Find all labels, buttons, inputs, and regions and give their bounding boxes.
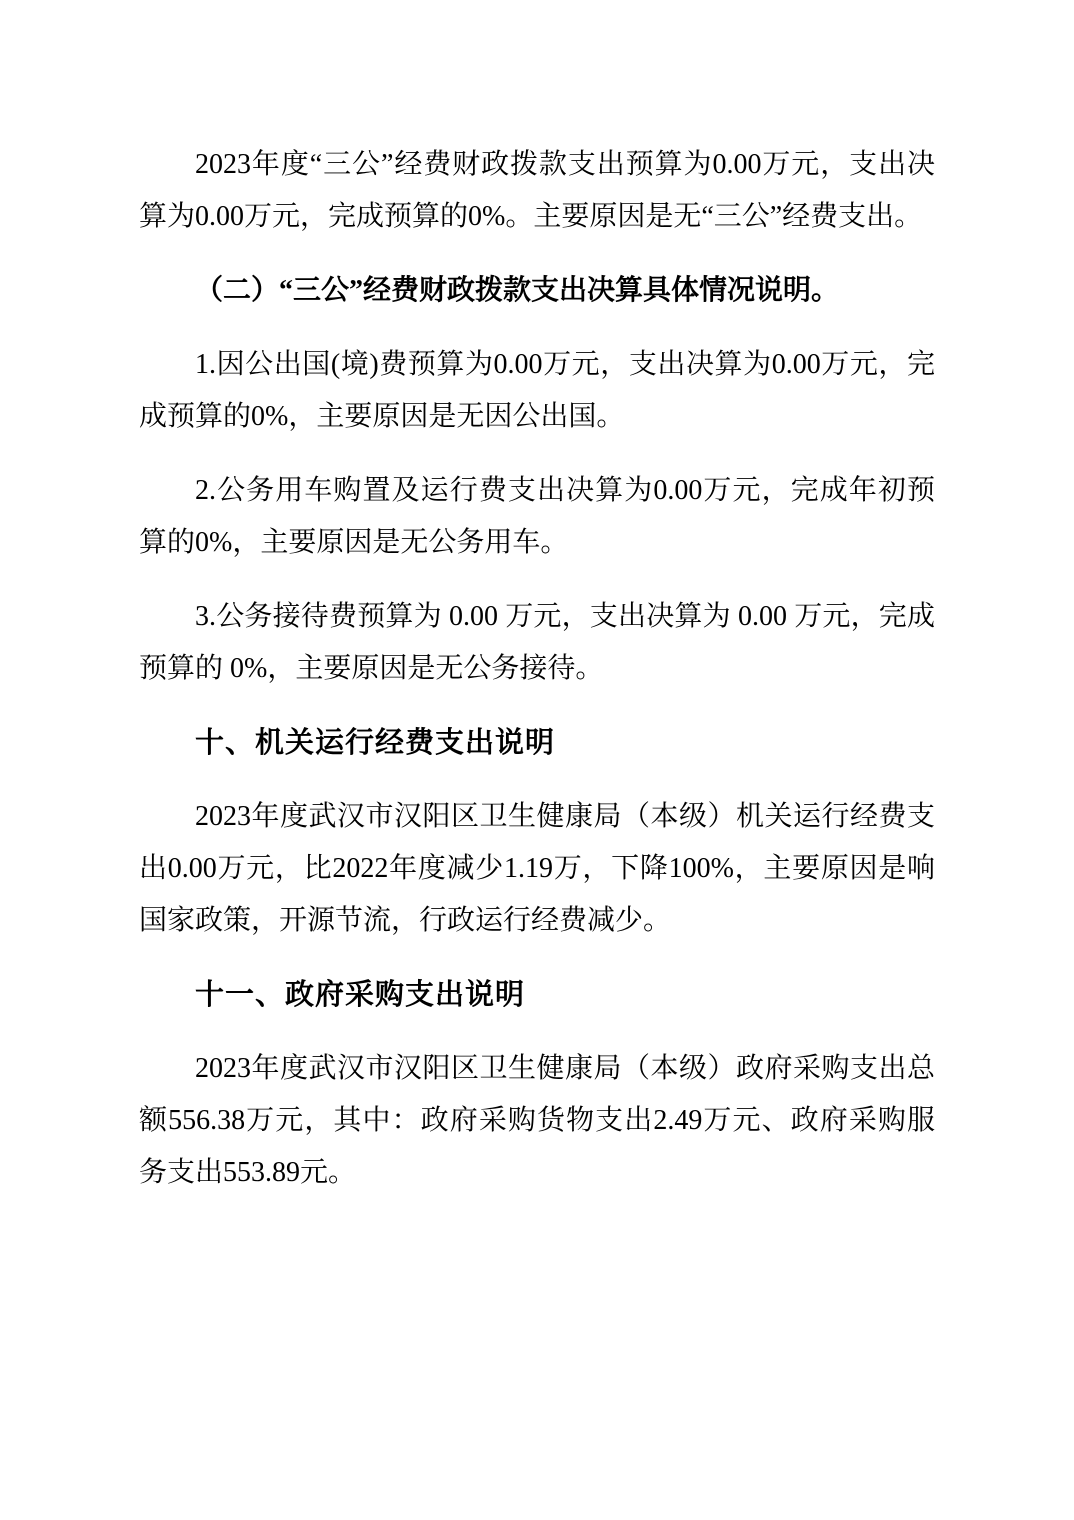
body-paragraph: 3.公务接待费预算为 0.00 万元，支出决算为 0.00 万元，完成预算的 0…: [139, 591, 935, 695]
body-paragraph: 2.公务用车购置及运行费支出决算为0.00万元，完成年初预算的0%，主要原因是无…: [139, 465, 935, 569]
section-heading: 十、机关运行经费支出说明: [139, 717, 935, 769]
document-page: 2023年度“三公”经费财政拨款支出预算为0.00万元，支出决算为0.00万元，…: [0, 0, 1074, 1520]
body-paragraph: 2023年度武汉市汉阳区卫生健康局（本级）政府采购支出总额556.38万元，其中…: [139, 1043, 935, 1199]
body-paragraph: 2023年度武汉市汉阳区卫生健康局（本级）机关运行经费支出0.00万元，比202…: [139, 791, 935, 947]
subsection-heading: （二）“三公”经费财政拨款支出决算具体情况说明。: [139, 265, 935, 317]
section-heading: 十一、政府采购支出说明: [139, 969, 935, 1021]
body-paragraph: 2023年度“三公”经费财政拨款支出预算为0.00万元，支出决算为0.00万元，…: [139, 139, 935, 243]
document-body: 2023年度“三公”经费财政拨款支出预算为0.00万元，支出决算为0.00万元，…: [139, 139, 935, 1199]
body-paragraph: 1.因公出国(境)费预算为0.00万元，支出决算为0.00万元，完成预算的0%，…: [139, 339, 935, 443]
